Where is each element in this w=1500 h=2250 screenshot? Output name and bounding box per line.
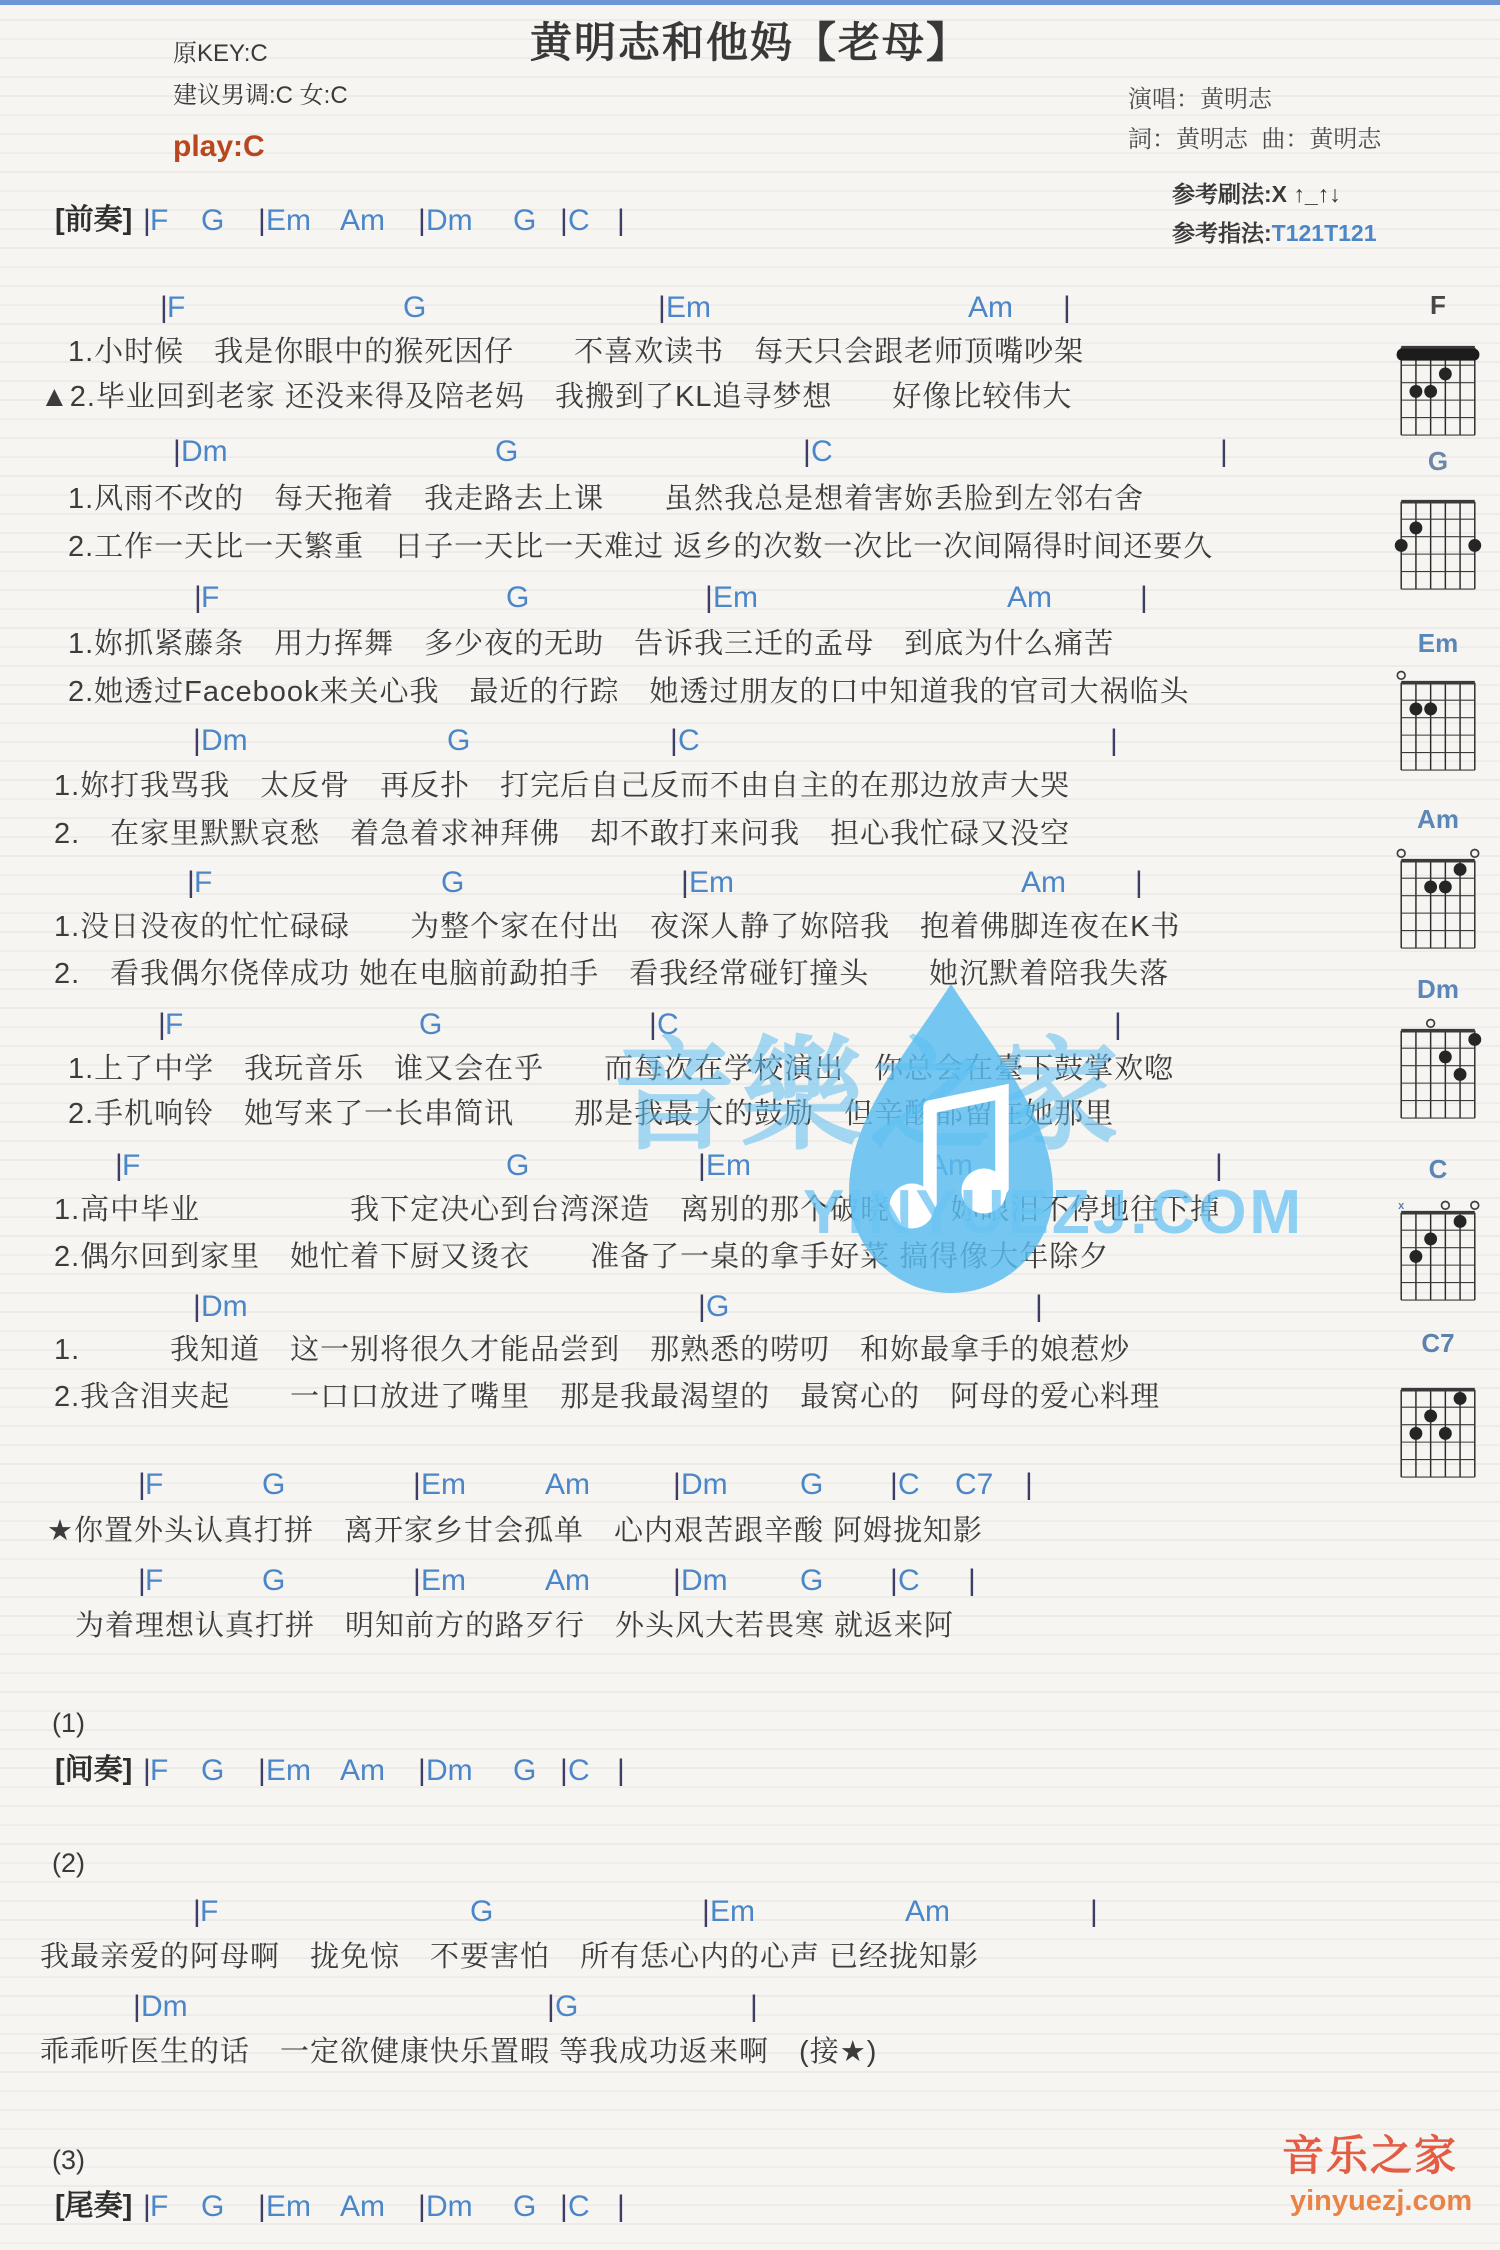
chord-token: G (506, 1151, 529, 1181)
bar-line: | (560, 1756, 568, 1786)
chord-token: Dm (426, 206, 473, 236)
bar-line: | (702, 1897, 710, 1927)
bar-line: | (698, 1292, 706, 1322)
chord-diagram-em (1392, 668, 1484, 771)
chord-token: C (657, 1010, 679, 1040)
chord-token: G (555, 1992, 578, 2022)
bar-line: | (890, 1470, 898, 1500)
chord-token: Em (689, 868, 734, 898)
lyric-line: 1.高中毕业 我下定决心到台湾深造 离别的那个破晓 妳眼泪不停地往下掉 (54, 1196, 1220, 1225)
chord-token: Am (340, 1756, 385, 1786)
chord-token: Am (1021, 868, 1066, 898)
lyric-line: ★你置外头认真打拼 离开家乡甘会孤单 心内艰苦跟辛酸 阿姆拢知影 (47, 1517, 983, 1546)
chord-diagram-label: Em (1392, 630, 1484, 656)
chord-token: F (150, 206, 168, 236)
chord-token: C7 (955, 1470, 993, 1500)
chord-token: Am (545, 1566, 590, 1596)
strum-pattern-ref: 参考刷法:X ↑_↑↓ (1172, 183, 1341, 206)
bar-line: | (705, 583, 713, 613)
repeat-marker: (2) (52, 1850, 85, 1877)
chord-token: Am (340, 206, 385, 236)
bar-line: | (968, 1566, 976, 1596)
chord-token: Am (340, 2192, 385, 2222)
chord-token: C (811, 437, 833, 467)
chord-token: G (470, 1897, 493, 1927)
chord-token: Am (968, 293, 1013, 323)
corner-watermark-brand: 音乐之家 (1282, 2135, 1472, 2177)
lyric-line: 1.风雨不改的 每天拖着 我走路去上课 虽然我总是想着害妳丢脸到左邻右舍 (68, 485, 1144, 514)
bar-line: | (418, 2192, 426, 2222)
chord-token: C (898, 1566, 920, 1596)
chord-token: G (800, 1470, 823, 1500)
bar-line: | (698, 1151, 706, 1181)
chord-token: G (419, 1010, 442, 1040)
chord-token: Dm (141, 1992, 188, 2022)
bar-line: | (673, 1470, 681, 1500)
bar-line: | (1035, 1292, 1043, 1322)
chord-token: G (262, 1470, 285, 1500)
chord-token: Em (713, 583, 758, 613)
chord-token: Em (421, 1470, 466, 1500)
chord-token: C (898, 1470, 920, 1500)
bar-line: | (1220, 437, 1228, 467)
chord-token: G (513, 2192, 536, 2222)
chord-token: Em (421, 1566, 466, 1596)
chord-token: Dm (201, 726, 248, 756)
bar-line: | (673, 1566, 681, 1596)
chord-diagram-label: C (1392, 1156, 1484, 1182)
repeat-marker: (1) (52, 1710, 85, 1737)
chord-token: C (568, 2192, 590, 2222)
chord-token: C (678, 726, 700, 756)
chord-diagram-label: G (1392, 448, 1484, 474)
chord-token: F (122, 1151, 140, 1181)
bar-line: | (617, 2192, 625, 2222)
singer-credit: 演唱：黄明志 (1128, 88, 1272, 112)
chord-token: Dm (426, 1756, 473, 1786)
chord-diagram-am (1392, 846, 1484, 949)
bar-line: | (413, 1566, 421, 1596)
chord-diagram-label: F (1392, 292, 1484, 318)
chord-token: G (201, 206, 224, 236)
chord-token: G (506, 583, 529, 613)
bar-line: | (258, 1756, 266, 1786)
chord-token: G (447, 726, 470, 756)
original-key: 原KEY:C (173, 42, 268, 66)
chord-token: Em (710, 1897, 755, 1927)
chord-diagram-label: Am (1392, 806, 1484, 832)
lyric-line: 2.她透过Facebook来关心我 最近的行踪 她透过朋友的口中知道我的官司大祸… (68, 678, 1190, 707)
lyric-line: 1.小时候 我是你眼中的猴死因仔 不喜欢读书 每天只会跟老师顶嘴吵架 (68, 338, 1084, 367)
section-label: [尾奏] (55, 2192, 132, 2221)
suggested-key: 建议男调:C 女:C (173, 84, 348, 108)
chord-token: F (150, 1756, 168, 1786)
finger-pattern-value: T121T121 (1272, 220, 1377, 246)
lyric-line: 1. 我知道 这一别将很久才能品尝到 那熟悉的唠叨 和妳最拿手的娘惹炒 (54, 1336, 1130, 1365)
chord-token: F (194, 868, 212, 898)
bar-line: | (681, 868, 689, 898)
lyric-line: 2.工作一天比一天繁重 日子一天比一天难过 返乡的次数一次比一次间隔得时间还要久 (68, 533, 1213, 562)
chord-token: Dm (681, 1566, 728, 1596)
bar-line: | (1025, 1470, 1033, 1500)
finger-pattern-label: 参考指法: (1172, 220, 1272, 246)
chord-diagram-c: x (1392, 1198, 1484, 1301)
page-top-border (0, 0, 1500, 5)
chord-token: Dm (201, 1292, 248, 1322)
chord-token: C (568, 1756, 590, 1786)
chord-token: G (513, 206, 536, 236)
chord-diagram-c7 (1392, 1375, 1484, 1478)
chord-token: Dm (426, 2192, 473, 2222)
lyric-line: ▲2.毕业回到老家 还没来得及陪老妈 我搬到了KL追寻梦想 好像比较伟大 (40, 383, 1072, 412)
chord-token: G (201, 2192, 224, 2222)
chord-token: Am (905, 1897, 950, 1927)
chord-token: F (167, 293, 185, 323)
bar-line: | (413, 1470, 421, 1500)
bar-line: | (670, 726, 678, 756)
chord-token: F (150, 2192, 168, 2222)
bar-line: | (560, 2192, 568, 2222)
chord-sheet-page: 原KEY:C 建议男调:C 女:C 黄明志和他妈【老母】 play:C 演唱：黄… (0, 0, 1500, 2250)
bar-line: | (1140, 583, 1148, 613)
bar-line: | (890, 1566, 898, 1596)
lyric-line: 1.没日没夜的忙忙碌碌 为整个家在付出 夜深人静了妳陪我 抱着佛脚连夜在K书 (54, 913, 1181, 942)
lyric-line: 1.妳抓紧藤条 用力挥舞 多少夜的无助 告诉我三迁的孟母 到底为什么痛苦 (68, 630, 1114, 659)
chord-token: F (145, 1566, 163, 1596)
finger-pattern-ref: 参考指法:T121T121 (1172, 222, 1377, 245)
lyric-line: 2.偶尔回到家里 她忙着下厨又烫衣 准备了一桌的拿手好菜 搞得像大年除夕 (54, 1243, 1109, 1272)
bar-line: | (1090, 1897, 1098, 1927)
bar-line: | (658, 293, 666, 323)
bar-line: | (803, 437, 811, 467)
chord-token: G (495, 437, 518, 467)
bar-line: | (418, 1756, 426, 1786)
lyric-line: 为着理想认真打拼 明知前方的路歹行 外头风大若畏寒 就返来阿 (75, 1612, 954, 1641)
section-label: [前奏] (55, 206, 132, 235)
chord-token: Em (666, 293, 711, 323)
corner-watermark: 音乐之家 yinyuezj.com (1282, 2135, 1472, 2216)
lyric-line: 2. 看我偶尔侥倖成功 她在电脑前勐拍手 看我经常碰钉撞头 她沉默着陪我失落 (54, 960, 1169, 989)
chord-token: G (201, 1756, 224, 1786)
bar-line: | (418, 206, 426, 236)
repeat-marker: (3) (52, 2147, 85, 2174)
chord-token: Dm (681, 1470, 728, 1500)
bar-line: | (649, 1010, 657, 1040)
chord-token: Am (545, 1470, 590, 1500)
bar-line: | (617, 1756, 625, 1786)
bar-line: | (547, 1992, 555, 2022)
chord-token: Dm (181, 437, 228, 467)
corner-watermark-domain: yinyuezj.com (1290, 2187, 1472, 2216)
lyric-line: 2.手机响铃 她写来了一长串简讯 那是我最大的鼓励 但辛酸都留在她那里 (68, 1100, 1114, 1129)
chord-token: Em (706, 1151, 751, 1181)
chord-token: F (201, 583, 219, 613)
chord-diagram-g (1392, 487, 1484, 590)
chord-token: G (800, 1566, 823, 1596)
chord-diagram-label: C7 (1392, 1330, 1484, 1356)
bar-line: | (1135, 868, 1143, 898)
chord-token: G (513, 1756, 536, 1786)
lyric-line: 我最亲爱的阿母啊 拢免惊 不要害怕 所有恁心内的心声 已经拢知影 (40, 1943, 979, 1972)
bar-line: | (560, 206, 568, 236)
bar-line: | (258, 206, 266, 236)
bar-line: | (1110, 726, 1118, 756)
chord-token: Em (266, 1756, 311, 1786)
chord-token: F (165, 1010, 183, 1040)
chord-token: Am (928, 1151, 973, 1181)
bar-line: | (1215, 1151, 1223, 1181)
chord-diagram-f (1392, 333, 1484, 436)
chord-diagram-dm (1392, 1016, 1484, 1119)
chord-token: C (568, 206, 590, 236)
play-key: play:C (173, 132, 265, 162)
chord-token: F (145, 1470, 163, 1500)
chord-token: G (403, 293, 426, 323)
chord-token: G (441, 868, 464, 898)
bar-line: | (1114, 1010, 1122, 1040)
chord-diagram-label: Dm (1392, 976, 1484, 1002)
chord-token: G (262, 1566, 285, 1596)
lyric-line: 乖乖听医生的话 一定欲健康快乐置暇 等我成功返来啊 (接★) (40, 2038, 877, 2067)
lyrics-music-credit: 詞：黄明志 曲：黄明志 (1128, 128, 1381, 152)
chord-token: F (200, 1897, 218, 1927)
chord-token: Em (266, 206, 311, 236)
section-label: [间奏] (55, 1756, 132, 1785)
bar-line: | (617, 206, 625, 236)
bar-line: | (193, 1292, 201, 1322)
bar-line: | (750, 1992, 758, 2022)
lyric-line: 2.我含泪夹起 一口口放进了嘴里 那是我最渴望的 最窝心的 阿母的爱心料理 (54, 1383, 1160, 1412)
lyric-line: 1.妳打我骂我 太反骨 再反扑 打完后自己反而不由自主的在那边放声大哭 (54, 772, 1070, 801)
bar-line: | (258, 2192, 266, 2222)
bar-line: | (173, 437, 181, 467)
chord-token: Am (1007, 583, 1052, 613)
bar-line: | (1063, 293, 1071, 323)
chord-token: Em (266, 2192, 311, 2222)
bar-line: | (133, 1992, 141, 2022)
lyric-line: 2. 在家里默默哀愁 着急着求神拜佛 却不敢打来问我 担心我忙碌又没空 (54, 820, 1070, 849)
bar-line: | (193, 726, 201, 756)
page-title: 黄明志和他妈【老母】 (420, 22, 1080, 64)
lyric-line: 1.上了中学 我玩音乐 谁又会在乎 而每次在学校演出 你总会在臺下鼓掌欢唿 (68, 1055, 1174, 1084)
chord-token: G (706, 1292, 729, 1322)
svg-text:x: x (1398, 1200, 1405, 1212)
